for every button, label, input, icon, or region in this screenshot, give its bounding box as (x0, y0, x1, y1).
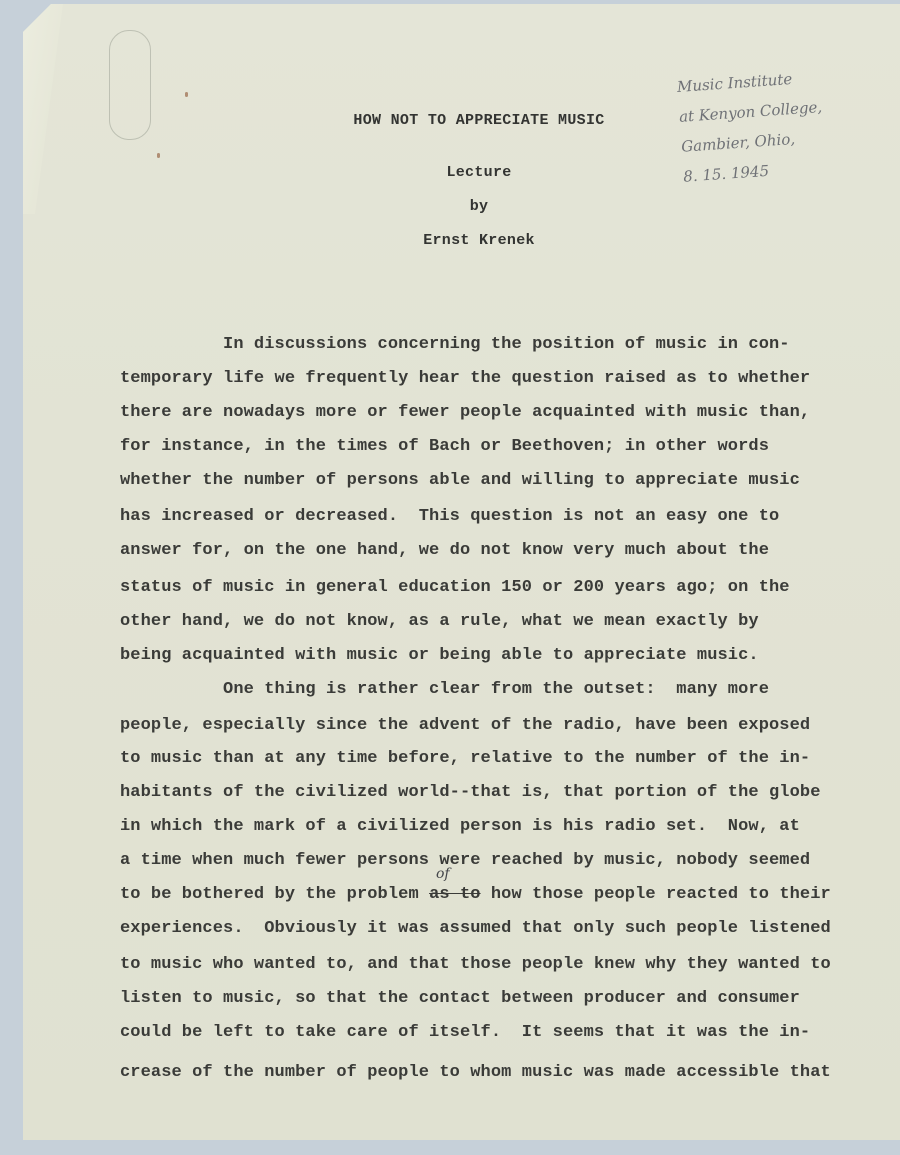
byline-by: by (0, 198, 900, 215)
text-line: for instance, in the times of Bach or Be… (120, 437, 769, 456)
stain-mark (185, 92, 188, 97)
text-line: could be left to take care of itself. It… (120, 1023, 810, 1042)
text-line: One thing is rather clear from the outse… (120, 680, 769, 699)
text-line: has increased or decreased. This questio… (120, 507, 779, 526)
text-line: crease of the number of people to whom m… (120, 1063, 831, 1082)
handwritten-insertion: of (436, 866, 450, 882)
text-line: whether the number of persons able and w… (120, 471, 800, 490)
text-line: other hand, we do not know, as a rule, w… (120, 612, 759, 631)
document-subtitle: Lecture (0, 164, 900, 181)
text-line: temporary life we frequently hear the qu… (120, 369, 810, 388)
text-line: listen to music, so that the contact bet… (120, 989, 800, 1008)
text-line-with-correction: to be bothered by the problem as to how … (120, 885, 831, 904)
stain-mark (157, 153, 160, 158)
text-line: In discussions concerning the position o… (120, 335, 790, 354)
struck-text: as to (429, 885, 481, 904)
text-line: experiences. Obviously it was assumed th… (120, 919, 831, 938)
text-line: in which the mark of a civilized person … (120, 817, 800, 836)
text-line: answer for, on the one hand, we do not k… (120, 541, 769, 560)
text-line: being acquainted with music or being abl… (120, 646, 759, 665)
text-line: there are nowadays more or fewer people … (120, 403, 810, 422)
text-line: a time when much fewer persons were reac… (120, 851, 810, 870)
author-name: Ernst Krenek (0, 232, 900, 249)
text-segment: to be bothered by the problem (120, 885, 429, 904)
text-line: to music than at any time before, relati… (120, 749, 810, 768)
text-line: people, especially since the advent of t… (120, 716, 810, 735)
text-segment: how those people reacted to their (481, 885, 831, 904)
text-line: habitants of the civilized world--that i… (120, 783, 821, 802)
text-line: status of music in general education 150… (120, 578, 790, 597)
document-title: HOW NOT TO APPRECIATE MUSIC (0, 112, 900, 129)
text-line: to music who wanted to, and that those p… (120, 955, 831, 974)
